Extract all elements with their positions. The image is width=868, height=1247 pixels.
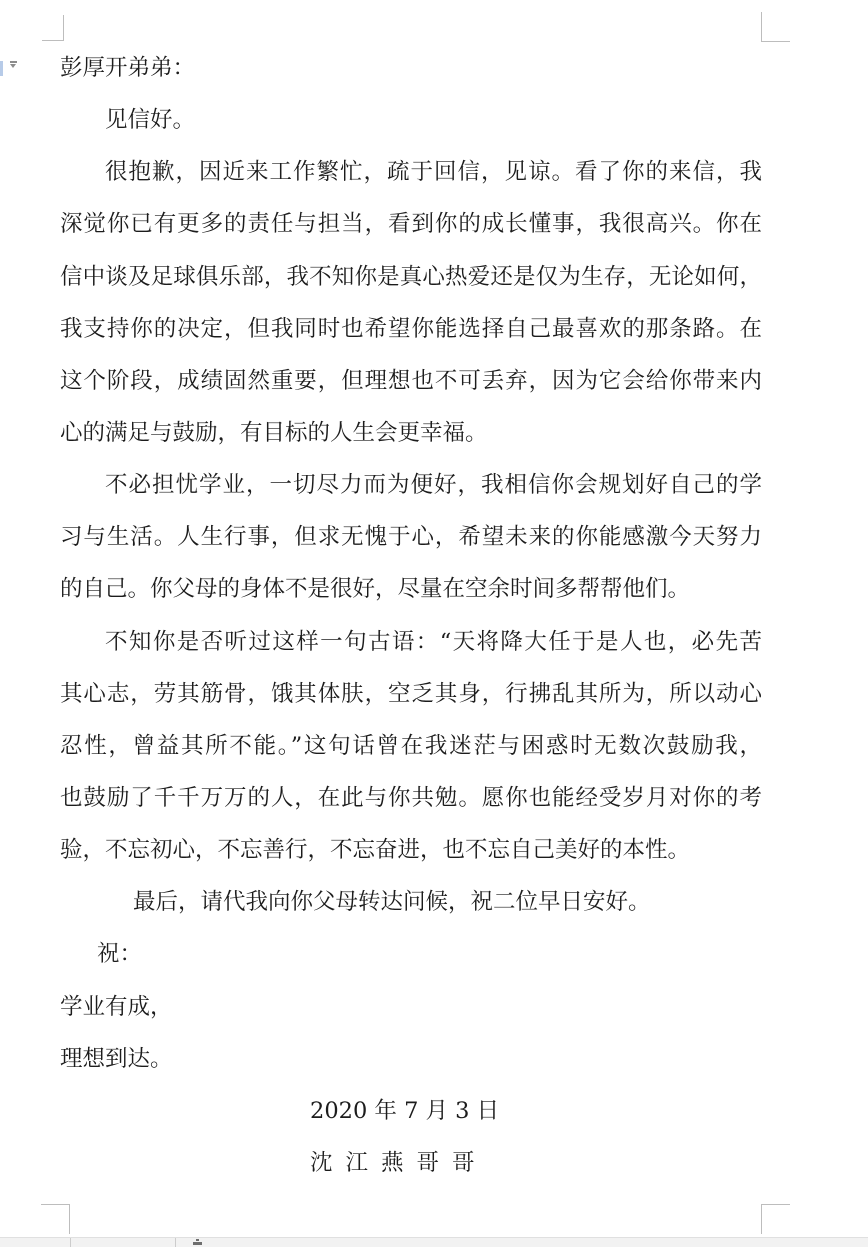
letter-line[interactable]: 心的满足与鼓励，有目标的人生会更幸福。: [60, 407, 762, 459]
letter-line[interactable]: 的自己。你父母的身体不是很好，尽量在空余时间多帮帮他们。: [60, 563, 762, 615]
letter-line[interactable]: 不必担忧学业，一切尽力而为便好，我相信你会规划好自己的学: [60, 459, 762, 511]
closing-request-line[interactable]: 最后，请代我向你父母转达问候，祝二位早日安好。: [60, 876, 762, 928]
left-edge-selection-marker: [0, 61, 3, 76]
salutation-line[interactable]: 彭厚开弟弟：: [60, 42, 762, 94]
letter-line[interactable]: 忍性，曾益其所不能。”这句话曾在我迷茫与困惑时无数次鼓励我，: [60, 720, 762, 772]
status-icon-part: [196, 1239, 199, 1241]
letter-line[interactable]: 见信好。: [60, 94, 762, 146]
letter-line[interactable]: 其心志，劳其筋骨，饿其体肤，空乏其身，行拂乱其所为，所以动心: [60, 668, 762, 720]
margin-crop-mark-bottom-right: [761, 1204, 790, 1234]
signature-line[interactable]: 沈江燕哥哥: [60, 1137, 762, 1189]
margin-crop-mark-top-left: [42, 15, 64, 41]
letter-line[interactable]: 不知你是否听过这样一句古语：“天将降大任于是人也，必先苦: [60, 616, 762, 668]
status-bar-divider: [70, 1238, 71, 1247]
status-bar-divider: [175, 1238, 176, 1247]
status-icon-part: [193, 1242, 202, 1245]
date-line[interactable]: 2020 年 7 月 3 日: [60, 1085, 762, 1137]
letter-line[interactable]: 这个阶段，成绩固然重要，但理想也不可丢弃，因为它会给你带来内: [60, 355, 762, 407]
letter-line[interactable]: 也鼓励了千千万万的人，在此与你共勉。愿你也能经受岁月对你的考: [60, 772, 762, 824]
letter-body[interactable]: 彭厚开弟弟： 见信好。 很抱歉，因近来工作繁忙，疏于回信，见谅。看了你的来信，我…: [60, 42, 762, 1189]
letter-line[interactable]: 很抱歉，因近来工作繁忙，疏于回信，见谅。看了你的来信，我: [60, 146, 762, 198]
status-bar: [0, 1237, 868, 1247]
margin-crop-mark-top-right: [761, 12, 790, 42]
chevron-triangle: [10, 64, 16, 68]
letter-line[interactable]: 信中谈及足球俱乐部，我不知你是真心热爱还是仅为生存，无论如何，: [60, 251, 762, 303]
chevron-down-icon[interactable]: [9, 61, 18, 69]
wish-label-line[interactable]: 祝：: [60, 928, 762, 980]
margin-crop-mark-bottom-left: [41, 1204, 70, 1234]
chevron-bar: [10, 61, 17, 63]
letter-line[interactable]: 验，不忘初心，不忘善行，不忘奋进，也不忘自己美好的本性。: [60, 824, 762, 876]
letter-line[interactable]: 习与生活。人生行事，但求无愧于心，希望未来的你能感激今天努力: [60, 511, 762, 563]
letter-line[interactable]: 深觉你已有更多的责任与担当，看到你的成长懂事，我很高兴。你在: [60, 198, 762, 250]
wish-line[interactable]: 理想到达。: [60, 1033, 762, 1085]
letter-line[interactable]: 我支持你的决定，但我同时也希望你能选择自己最喜欢的那条路。在: [60, 303, 762, 355]
status-icon[interactable]: [193, 1239, 202, 1247]
wish-line[interactable]: 学业有成，: [60, 981, 762, 1033]
